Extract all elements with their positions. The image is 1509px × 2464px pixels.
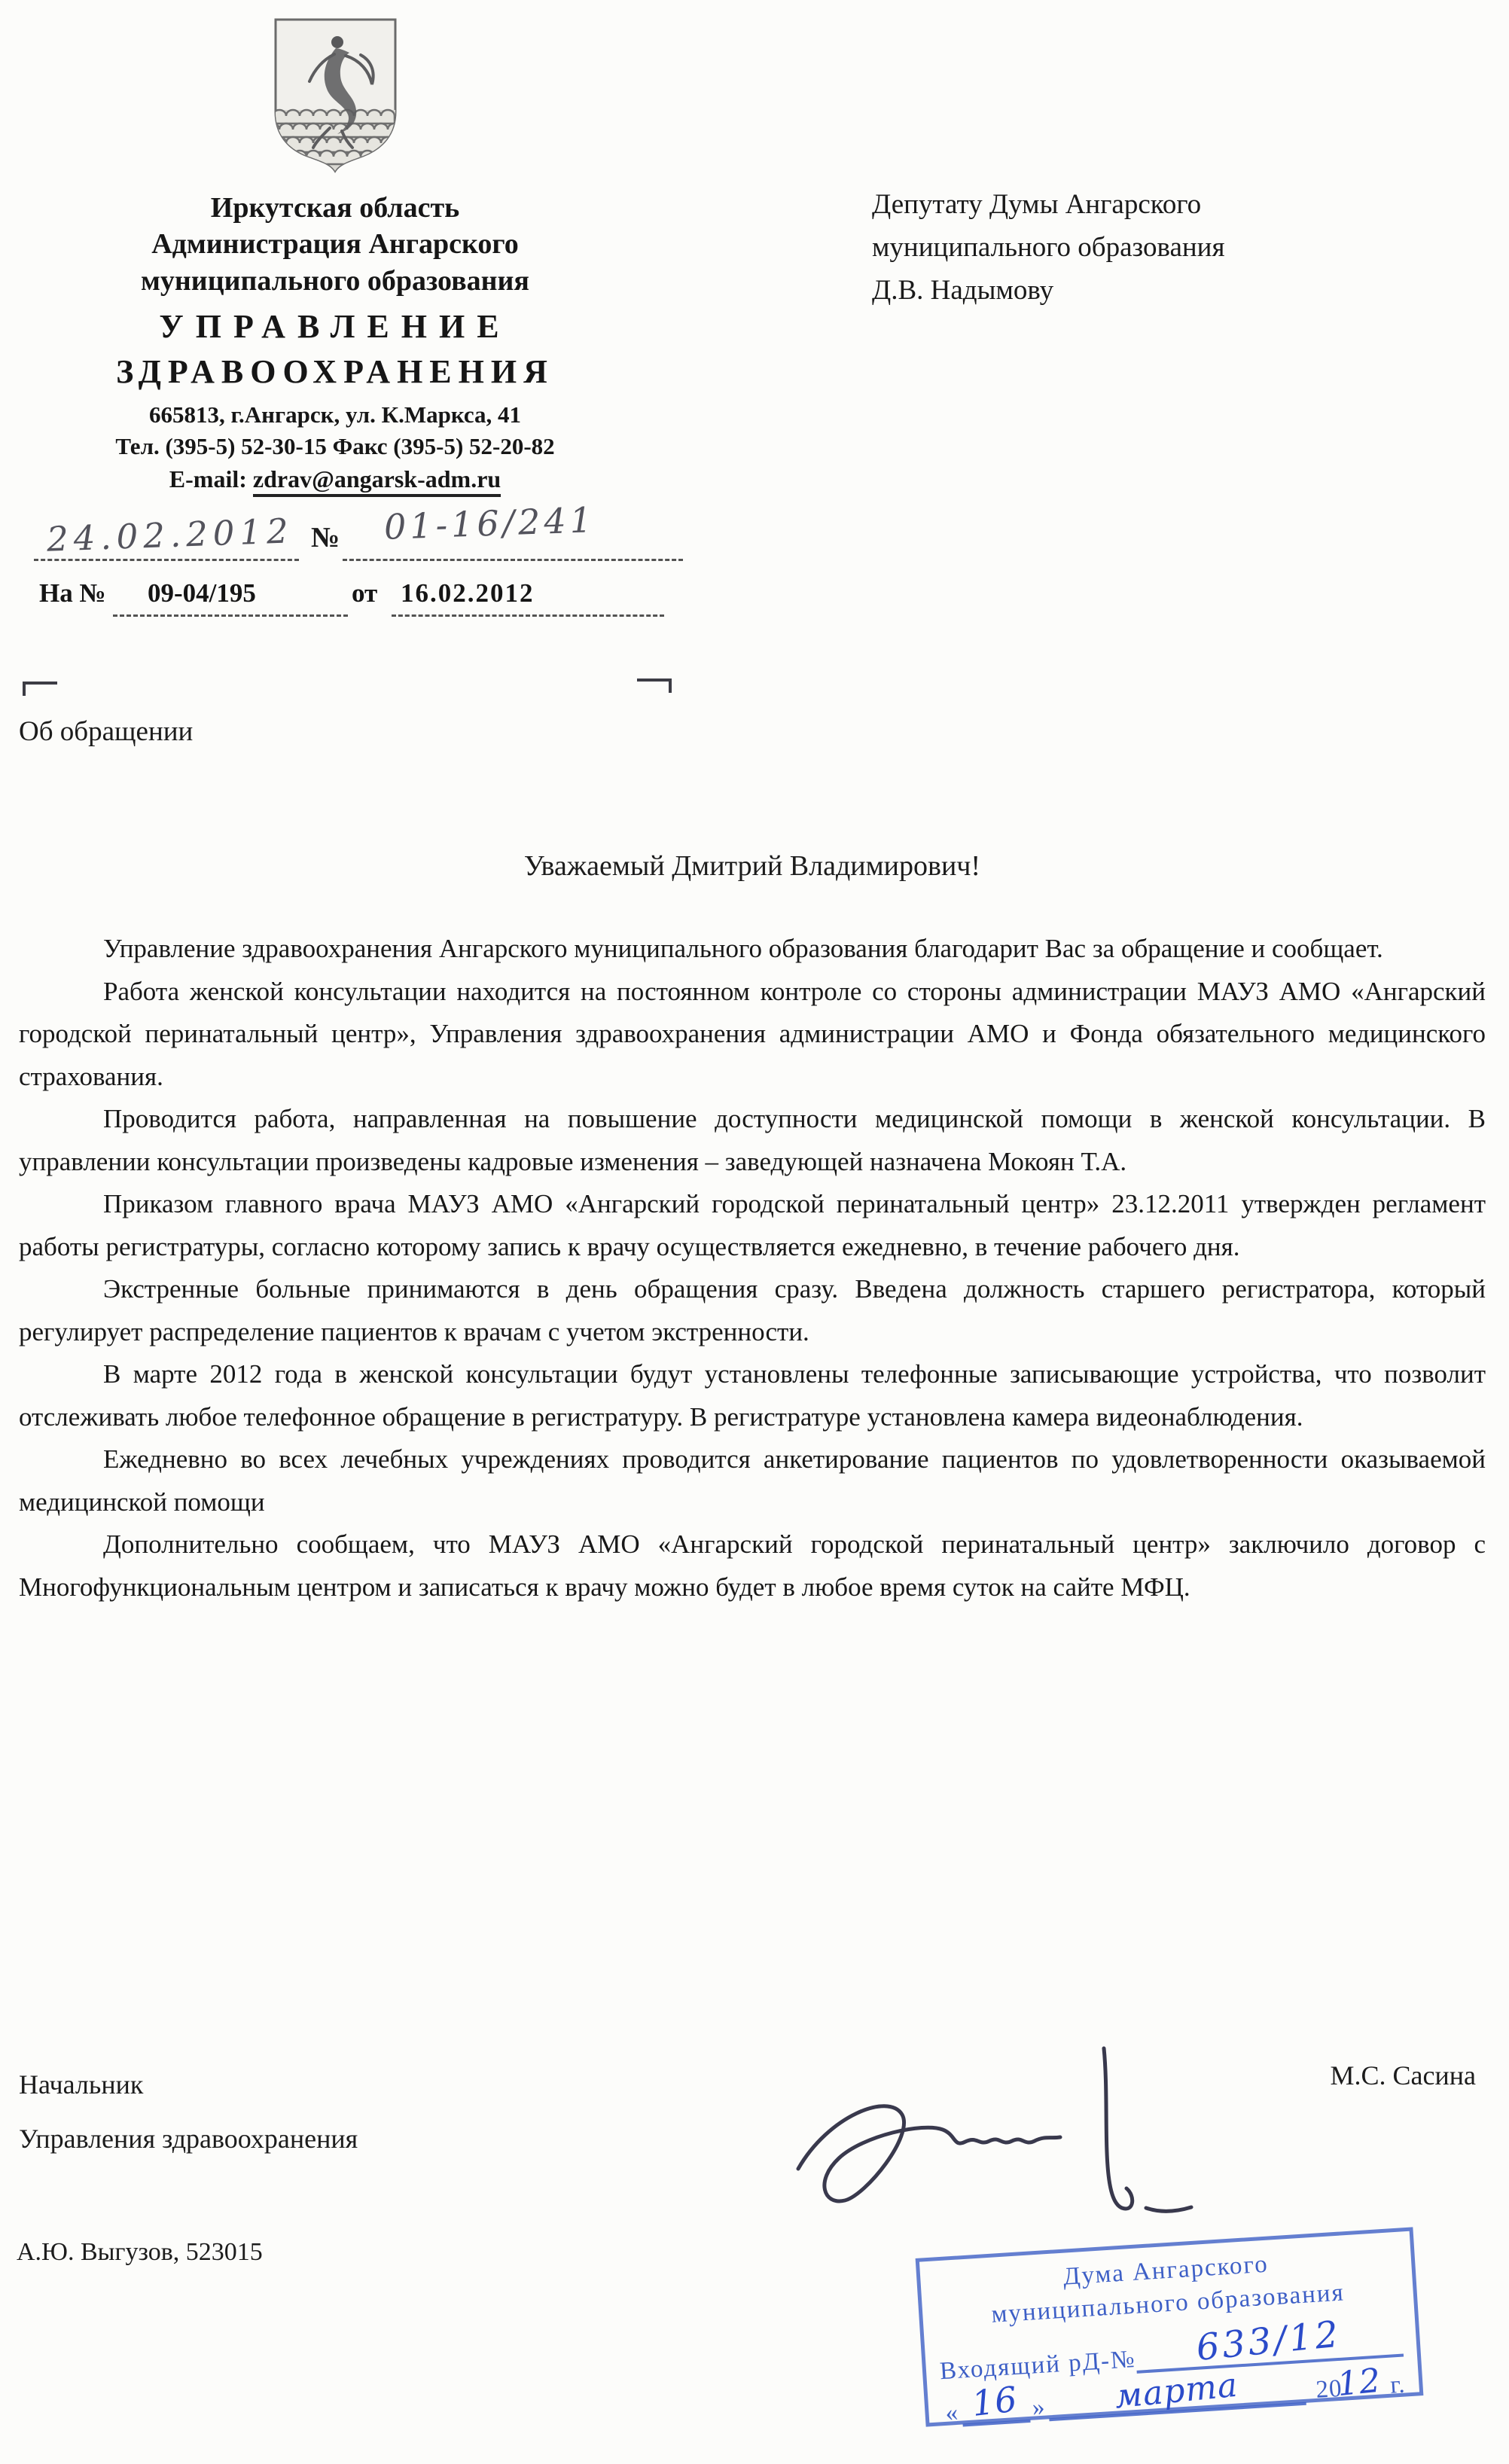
recipient-block: Депутату Думы Ангарского муниципального … [872,183,1354,312]
email-address: zdrav@angarsk-adm.ru [253,465,501,497]
salutation: Уважаемый Дмитрий Владимирович! [19,849,1486,883]
signer-title: Начальник Управления здравоохранения [19,2057,358,2166]
subject-line: Об обращении [19,715,193,748]
letterhead-address: 665813, г.Ангарск, ул. К.Маркса, 41 [72,399,599,431]
stamp-year-suffix: г. [1380,2371,1406,2401]
paragraph-3: Проводится работа, направленная на повыш… [19,1098,1486,1183]
outgoing-date-handwritten: 24.02.2012 [46,511,294,559]
signer-title-line2: Управления здравоохранения [19,2112,358,2166]
recipient-line1: Депутату Думы Ангарского [872,183,1354,226]
outgoing-number-handwritten: 01-16/241 [383,499,596,547]
email-label: E-mail: [169,465,253,492]
coat-of-arms-icon [270,15,401,173]
letterhead-region: Иркутская область [72,190,599,226]
incoming-date-label: от [352,578,377,608]
executor-line: А.Ю. Выгузов, 523015 [17,2238,263,2267]
stamp-day-underline: 16 [960,2379,1030,2427]
letterhead-org-line2: муниципального образования [72,263,599,300]
recipient-line3: Д.В. Надымову [872,269,1354,312]
letter-body: Управление здравоохранения Ангарского му… [19,928,1486,1609]
stamp-close-quote: » [1029,2393,1050,2423]
incoming-date: 16.02.2012 [401,578,535,608]
scanned-letter-page: { "colors": { "stamp_blue": "#3d5fc6", "… [0,0,1509,2464]
recipient-line2: муниципального образования [872,226,1354,269]
letterhead-dept-line1: УПРАВЛЕНИЕ [72,304,599,349]
paragraph-4: Приказом главного врача МАУЗ АМО «Ангарс… [19,1183,1486,1268]
paragraph-7: Ежедневно во всех лечебных учреждениях п… [19,1438,1486,1523]
incoming-date-underline [392,614,664,617]
incoming-ref-label: На № [39,578,106,608]
letterhead-org-line1: Администрация Ангарского [72,226,599,263]
incoming-number-underline [113,614,348,617]
paragraph-8: Дополнительно сообщаем, что МАУЗ АМО «Ан… [19,1523,1486,1609]
paragraph-6: В марте 2012 года в женской консультации… [19,1353,1486,1438]
incoming-ref-number: 09-04/195 [148,578,256,608]
letterhead-dept-line2: ЗДРАВООХРАНЕНИЯ [72,349,599,395]
outgoing-number-underline [343,559,683,561]
stamp-day-handwritten: 16 [965,2378,1024,2425]
fold-mark-right [637,679,672,693]
paragraph-1: Управление здравоохранения Ангарского му… [19,928,1486,971]
signer-title-line1: Начальник [19,2057,358,2112]
fold-mark-left [23,682,57,696]
signer-name: М.С. Сасина [1280,2060,1476,2091]
stamp-open-quote: « [942,2399,963,2429]
paragraph-2: Работа женской консультации находится на… [19,971,1486,1099]
paragraph-5: Экстренные больные принимаются в день об… [19,1268,1486,1353]
handwritten-signature [776,2026,1212,2252]
letterhead: Иркутская область Администрация Ангарско… [72,15,599,496]
stamp-year-handwritten: 12 [1336,2362,1383,2404]
incoming-stamp: Дума Ангарского муниципального образован… [916,2227,1424,2426]
number-sign: № [311,521,340,554]
letterhead-email-line: E-mail: zdrav@angarsk-adm.ru [72,462,599,496]
outgoing-date-underline [34,559,299,561]
letterhead-phone: Тел. (395-5) 52-30-15 Факс (395-5) 52-20… [72,431,599,462]
